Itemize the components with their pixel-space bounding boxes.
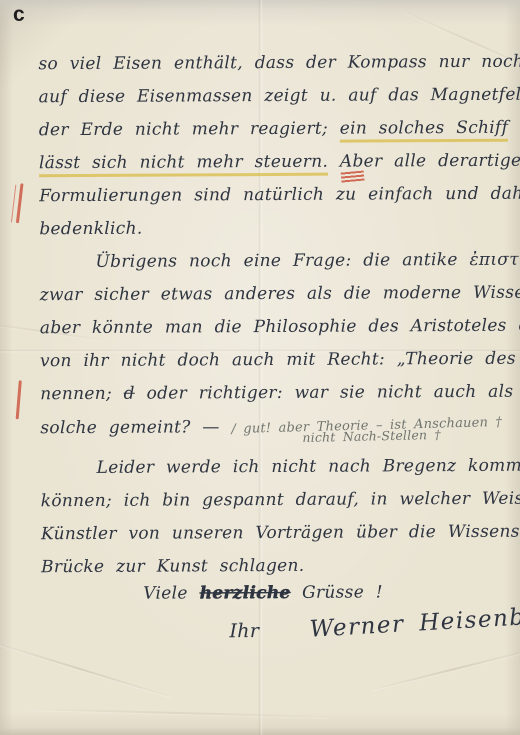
letter-line: nennen; d oder richtiger: war sie nicht … — [40, 377, 496, 412]
letter-line: aber könnte man die Philosophie des Aris… — [40, 311, 496, 346]
text-segment: Aber — [340, 151, 383, 171]
text-segment: ἐπιστήμη — [469, 250, 520, 270]
pencil-annotation-line2: nicht Nach-Stellen † — [302, 428, 441, 445]
letter-line: Künstler von unseren Vorträgen über die … — [41, 517, 497, 552]
letter-line: Formulierungen sind natürlich zu einfach… — [39, 179, 495, 214]
text-segment: herzliche — [199, 583, 290, 603]
letter-line: lässt sich nicht mehr steuern. Aber alle… — [39, 146, 495, 181]
page-label: c — [13, 4, 25, 25]
letter-line: so viel Eisen enthält, dass der Kompass … — [38, 47, 494, 82]
paragraph: Übrigens noch eine Frage: die antike ἐπι… — [39, 245, 496, 445]
letter-scan-page: c so viel Eisen enthält, dass der Kompas… — [0, 0, 520, 735]
text-segment: von ihr nicht doch auch mit Recht: „Theo… — [40, 348, 520, 371]
letter-line: können; ich bin gespannt darauf, in welc… — [41, 484, 497, 519]
text-segment: lässt sich nicht mehr steuern. — [39, 152, 328, 178]
text-segment: Grüsse ! — [290, 582, 383, 602]
text-segment: Leider werde ich nicht nach Bregenz komm… — [97, 456, 520, 478]
text-segment: oder richtiger: war sie nicht auch als — [135, 382, 514, 404]
text-segment: können; ich bin gespannt darauf, in welc… — [41, 488, 520, 511]
text-segment: der Erde nicht mehr reagiert; — [39, 119, 340, 141]
letter-line: zwar sicher etwas anderes als die modern… — [40, 278, 496, 313]
letter-line: solche gemeint? — / gut! aber Theorie – … — [40, 410, 496, 445]
signature-line: Ihr Werner Heisenberg — [41, 616, 497, 662]
text-segment: nennen; — [40, 384, 124, 404]
paragraph: so viel Eisen enthält, dass der Kompass … — [38, 47, 495, 247]
text-segment: Künstler von unseren Vorträgen über die … — [41, 521, 520, 544]
text-segment: Formulierungen sind natürlich zu einfach… — [39, 184, 520, 207]
text-segment: Brücke zur Kunst schlagen. — [41, 556, 304, 577]
text-segment: zwar sicher etwas anderes als die modern… — [40, 282, 520, 305]
letter-body: so viel Eisen enthält, dass der Kompass … — [38, 47, 497, 662]
paragraph: Leider werde ich nicht nach Bregenz komm… — [41, 451, 498, 585]
text-segment: aber könnte man die Philosophie des Aris… — [40, 315, 520, 338]
letter-line: Übrigens noch eine Frage: die antike ἐπι… — [39, 245, 495, 280]
closing-line: Viele herzliche Grüsse ! — [41, 577, 497, 612]
text-segment: alle derartigen — [382, 151, 520, 172]
text-segment: d — [124, 384, 135, 404]
text-segment: so viel Eisen enthält, dass der Kompass … — [38, 52, 520, 75]
text-segment — [328, 152, 340, 172]
letter-line: von ihr nicht doch auch mit Recht: „Theo… — [40, 344, 496, 379]
paper-crease — [30, 708, 330, 718]
text-segment: auf diese Eisenmassen zeigt u. auf das M… — [39, 85, 520, 108]
text-segment: Übrigens noch eine Frage: die antike — [95, 250, 469, 272]
text-segment: ein solches Schiff — [340, 118, 509, 143]
letter-line: auf diese Eisenmassen zeigt u. auf das M… — [39, 80, 495, 115]
text-segment: bedenklich. — [39, 219, 142, 240]
text-segment: Viele — [143, 583, 199, 603]
letter-line: bedenklich. — [39, 212, 495, 247]
text-segment: solche gemeint? — — [40, 417, 231, 438]
letter-line: der Erde nicht mehr reagiert; ein solche… — [39, 113, 495, 148]
letter-line: Leider werde ich nicht nach Bregenz komm… — [41, 451, 497, 486]
signature-prefix: Ihr — [229, 620, 259, 642]
